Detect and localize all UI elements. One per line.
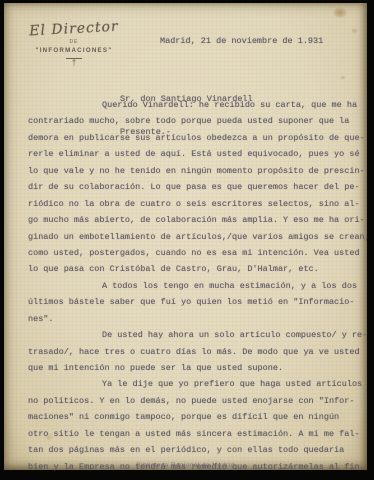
- body-line: últimos bástele saber que fuí yo quien l…: [28, 294, 360, 310]
- body-line: trasado/, hace tres o cuatro días lo más…: [28, 344, 360, 360]
- body-line: demora en publicarse sus artículos obede…: [28, 130, 360, 146]
- body-line: no políticos. Y en lo demás, no puede us…: [28, 393, 360, 409]
- body-line: como usted, postergados, cuando no es es…: [28, 245, 360, 261]
- body-line: que mi intención no puede ser la que ust…: [28, 360, 360, 376]
- body-line: dir de su colaboración. Lo que pasa es q…: [28, 179, 360, 195]
- body-line: Ya le dije que yo prefiero que haga uste…: [28, 376, 360, 392]
- body-line: lo que vale y no he tenido en ningún mom…: [28, 163, 360, 179]
- dagger-icon: †: [24, 60, 124, 67]
- library-stamp: Biblioteca Regional de Madrid: [4, 462, 367, 469]
- scan-frame: El Director DE "INFORMACIONES" † Madrid,…: [0, 0, 374, 480]
- letterhead: El Director DE "INFORMACIONES" †: [24, 21, 124, 67]
- body-line: De usted hay ahora un solo artículo comp…: [28, 327, 360, 343]
- letterhead-informaciones: "INFORMACIONES": [27, 47, 122, 54]
- paper-stain: [351, 28, 358, 34]
- body-line: Querido Vinardell: he recibido su carta,…: [28, 97, 360, 113]
- letter-body: Querido Vinardell: he recibido su carta,…: [28, 97, 360, 475]
- body-line: otro sitio le tengan a usted más sincera…: [28, 426, 360, 442]
- date-line: Madrid, 21 de noviembre de 1.931: [160, 36, 323, 46]
- body-line: go mucho más abierto, de colaboración má…: [28, 212, 360, 228]
- body-line: tan dos páginas más en el periódico, y c…: [28, 442, 360, 458]
- body-line: nes".: [28, 311, 360, 327]
- body-line: riódico no la obra de cuatro o seis escr…: [28, 196, 360, 212]
- body-line: A todos los tengo en mucha estimación, y…: [28, 278, 360, 294]
- body-line: rerle eliminar a usted de aquí. Está ust…: [28, 146, 360, 162]
- letterhead-director-script: El Director: [24, 18, 125, 39]
- paper-stain: [340, 75, 346, 80]
- body-line: contrariado mucho, sobre todo porque pue…: [28, 113, 360, 129]
- paper-stain: [333, 7, 347, 18]
- letterhead-de: DE: [24, 39, 124, 45]
- body-line: ginado un embotellamiento de artículos,/…: [28, 229, 360, 245]
- letter-page: El Director DE "INFORMACIONES" † Madrid,…: [4, 3, 367, 470]
- body-line: lo que pasa con Cristóbal de Castro, Gra…: [28, 261, 360, 277]
- body-line: maciones" ni conmigo tampoco, porque es …: [28, 409, 360, 425]
